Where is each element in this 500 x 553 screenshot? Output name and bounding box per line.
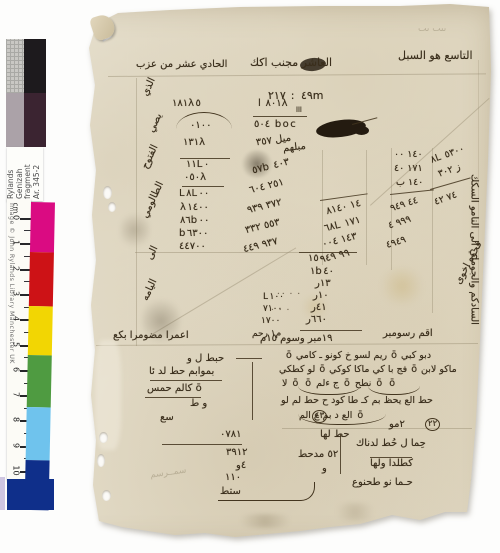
under-line — [150, 380, 222, 381]
account-row: حبط ل و — [187, 354, 224, 365]
account-row: ٥٢ مدحط — [298, 450, 338, 461]
bracket — [218, 482, 315, 501]
numeral-row: ١٥٠٠ — [308, 254, 329, 265]
account-row: و — [322, 464, 327, 475]
numeral-row: ٤و — [236, 461, 246, 472]
right-margin-lower: وبر طلو حر — [470, 418, 481, 528]
account-row: حط الع يحظ بم كـ طا كود ح حط لم لو — [281, 396, 433, 406]
account-row: بموابم حط لد ئا — [149, 367, 214, 378]
numeral-row: ٠١٠٠ — [190, 121, 211, 132]
numeral-row: ٦٦٠ر — [306, 315, 327, 326]
numeral-row: ١b٤٠ — [310, 267, 334, 278]
numeral-row: ١٠ر — [313, 291, 329, 302]
parchment: التاسع هو السبل العاشر مجنب اكك الحادي ع… — [0, 0, 500, 553]
ruled-line — [135, 252, 310, 253]
account-row: حـما نو طحنوع — [352, 478, 413, 489]
wormhole — [108, 202, 116, 212]
circled-number: ٢٢ — [425, 418, 440, 431]
ghost-text: ٮٮٮ ٮٮ — [418, 24, 446, 34]
numeral-row: ١٤٠ ٠٠ — [394, 150, 423, 160]
subtotal-left: اعمرا مضومرا بكع — [113, 331, 189, 342]
stain — [230, 514, 300, 528]
manuscript-fragment: التاسع هو السبل العاشر مجنب اكك الحادي ع… — [0, 0, 500, 553]
numeral-row: ٨٠١λ ا — [258, 99, 289, 110]
parchment-edge-shading — [0, 0, 500, 553]
wormhole — [102, 490, 111, 501]
numeral-row: ٨٦b٠٠ — [180, 216, 209, 227]
numeral-row: ١١L٠ — [186, 160, 209, 171]
account-row: كطلدا ولها — [370, 459, 413, 470]
ruled-line — [432, 148, 433, 313]
header-numbers-sub: ااا — [296, 107, 302, 114]
sum-line — [300, 330, 362, 331]
account-row: ٢مو — [389, 420, 405, 431]
photograph-of-genizah-fragment: Rylands Genizah fragment Ar. 345-2 Image… — [0, 0, 500, 553]
account-row: دبو كبي ō ريم لسو خ كونو ـ كامي ō — [286, 351, 431, 361]
stain — [378, 268, 426, 304]
ink-stroke — [340, 434, 341, 474]
numeral-row: L٨L٠٠ — [179, 189, 209, 200]
ruled-line — [282, 428, 472, 429]
numeral-row: ٤١ر — [311, 303, 327, 314]
wormhole — [103, 186, 112, 199]
numeral-row: ١٧٠٠ — [261, 317, 280, 326]
numeral-row: ١٧١ ٤٠ — [394, 164, 423, 174]
account-row: ō كالم حمس — [147, 384, 202, 395]
wormhole — [97, 454, 105, 467]
numeral-row: b٦٣٠٠ — [179, 229, 208, 240]
numeral-row: λ١٤٠٠ — [180, 203, 209, 214]
numeral-row: ٧١٠٠ — [263, 305, 282, 314]
header-left-text: الحادي عشر من عزب — [136, 60, 227, 71]
account-row: و ط — [190, 399, 207, 410]
numeral-row: boc ٥٠٤ — [254, 120, 297, 131]
numeral-row: ٠٥٠λ — [184, 173, 208, 184]
right-margin-text: السادكم والجوملي الى النامو السكك — [468, 55, 479, 325]
account-row: حِما ل حُط لدناك — [356, 439, 426, 450]
ink-blot — [354, 126, 369, 135]
numeral-row: ١٨١λ٥ — [172, 99, 201, 110]
ruled-line — [366, 150, 367, 265]
numeral-row: L١٠٠ — [263, 293, 284, 302]
wormhole — [99, 432, 108, 443]
over-line — [236, 358, 262, 359]
subtotal-right: اقم رسومبر — [383, 329, 433, 340]
header-right-text: التاسع هو السبل — [398, 50, 473, 62]
ink-stroke — [252, 362, 253, 420]
numeral-row: ٠٧٨١ — [220, 430, 241, 441]
sum-line — [162, 444, 242, 445]
stain — [330, 503, 380, 521]
numeral-row: ١٣ر — [315, 279, 331, 290]
numeral-row: ٤٤٧٠٠ — [179, 242, 206, 253]
account-row: حط لها — [320, 430, 350, 441]
sum-line — [253, 116, 307, 117]
numeral-row: ٣٩١٢ — [226, 448, 247, 459]
numeral-row: ١٤٠ ب — [396, 178, 423, 188]
header-center-text: العاشر مجنب اكك — [250, 57, 332, 69]
numeral-row: ١٣١λ — [183, 138, 207, 149]
account-row: سع — [160, 413, 174, 424]
account-row: ماكو لابن ō فج با كي ماكا كوكي ō لو كطكي — [279, 365, 457, 375]
subtotal-center: ١٩مبر وسوم ١٥م — [260, 334, 333, 345]
